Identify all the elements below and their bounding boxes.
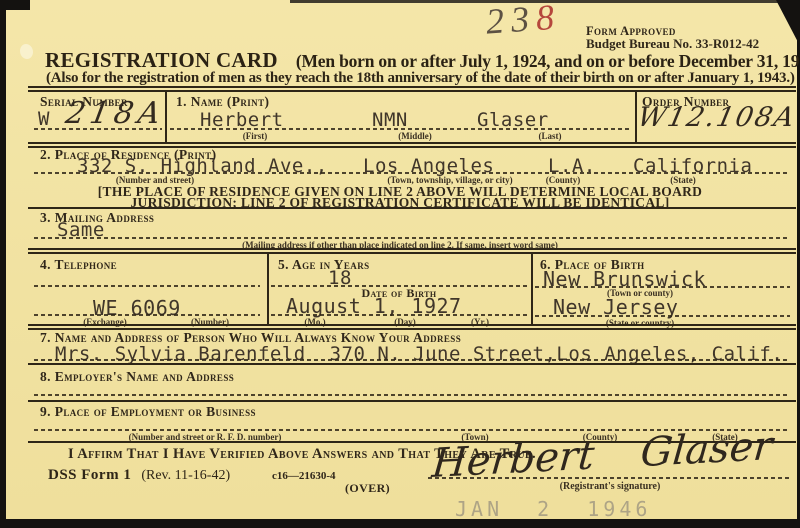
- rule-row5: [28, 363, 796, 365]
- rule-header: [28, 86, 796, 92]
- card-title-paren: (Men born on or after July 1, 1924, and …: [296, 51, 800, 71]
- form-id: DSS Form 1: [48, 467, 131, 483]
- name-sub-last: (Last): [520, 131, 580, 141]
- card-title: REGISTRATION CARD: [45, 48, 278, 72]
- employment-label: 9. Place of Employment or Business: [40, 404, 256, 420]
- mailing-fill-line: [34, 237, 790, 239]
- dob-fill-line: [271, 314, 527, 316]
- divider-name-order: [635, 92, 637, 143]
- name-fill-line: [170, 128, 630, 130]
- serial-number-value: 218A: [63, 96, 168, 131]
- residence-fill-line: [34, 172, 790, 174]
- card-subtitle: (Also for the registration of men as the…: [46, 70, 795, 87]
- paper-chip: [20, 44, 33, 59]
- divider-tel-age: [267, 254, 269, 325]
- name-sub-first: (First): [225, 131, 285, 141]
- rule-row3: [28, 248, 796, 254]
- employer-fill-line: [34, 394, 790, 396]
- over-note: (OVER): [345, 481, 390, 496]
- telephone-fill-line-2: [34, 314, 260, 316]
- form-revision: (Rev. 11-16-42): [141, 468, 230, 483]
- date-stamp: JAN 2 1946: [455, 497, 651, 521]
- birth-state-fill-line: [535, 315, 790, 317]
- signature-sub-label: (Registrant's signature): [470, 481, 750, 492]
- scan-edge-top-left: [0, 0, 30, 10]
- telephone-label: 4. Telephone: [40, 257, 117, 273]
- serial-fill-line: [34, 128, 162, 130]
- registration-card-scan: 238 Form Approved Budget Bureau No. 33-R…: [0, 0, 800, 528]
- divider-age-birth: [531, 254, 533, 325]
- age-label: 5. Age in Years: [278, 257, 370, 273]
- contact-fill-line: [34, 359, 790, 361]
- name-label: 1. Name (Print): [176, 94, 269, 110]
- name-sub-middle: (Middle): [385, 131, 445, 141]
- print-code: c16—21630-4: [272, 470, 336, 482]
- page-number-pencil: 23: [485, 0, 538, 42]
- employer-label: 8. Employer's Name and Address: [40, 369, 234, 385]
- telephone-fill-line-1: [34, 285, 260, 287]
- serial-prefix-value: W: [38, 108, 50, 130]
- order-number-value: W12.108A: [635, 102, 799, 133]
- handwritten-page-number: 238: [485, 0, 563, 43]
- rule-row2: [28, 207, 796, 209]
- contact-person-value: Mrs. Sylvia Barenfeld 370 N. June Street…: [55, 343, 783, 365]
- footer-form-id-row: DSS Form 1 (Rev. 11-16-42): [48, 466, 230, 484]
- rule-row6: [28, 400, 796, 402]
- page-number-red: 8: [535, 0, 563, 38]
- signature-fill-line: [428, 477, 790, 479]
